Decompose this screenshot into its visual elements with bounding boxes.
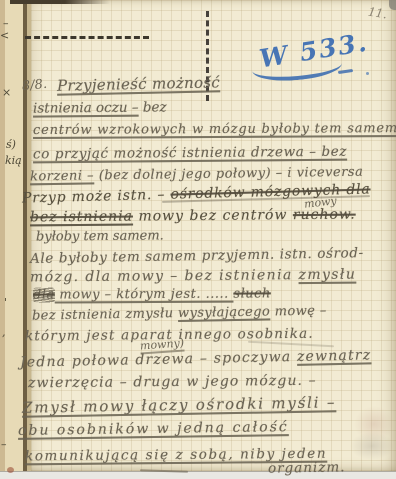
line-text: zwierzęcia – druga w jego mózgu. – (28, 373, 317, 392)
margin-mark: , (2, 326, 6, 339)
blue-dot (366, 72, 369, 75)
top-edge-shadow (10, 0, 110, 4)
struck-text: bez istnienia (30, 209, 133, 226)
manuscript-line: centrów wzrokowych w mózgu byłoby tem sa… (33, 121, 396, 138)
line-text: mowy – którym jest. ..... (55, 287, 234, 303)
line-text: bez (138, 99, 166, 115)
line-text: innego osobnika. (173, 326, 314, 343)
ink-bleed-ghost (350, 432, 394, 460)
manuscript-page: – < × ś) kią ' , – 11. W 533. 8/8. Przyj… (0, 0, 396, 479)
underlined-text: zewnątrz (297, 347, 372, 365)
manuscript-line: dla mowy – którym jest. ..... słuch (33, 286, 271, 302)
manuscript-line: byłoby tem samem. (36, 228, 164, 244)
scribbled-text: dla (33, 288, 55, 303)
page-number: 11. (367, 5, 388, 22)
margin-mark: ' (4, 296, 7, 309)
date-heading: 8/8. (21, 77, 47, 95)
line-text: Przyjenieść możność (57, 73, 220, 94)
line-text: mowę – (270, 303, 327, 319)
red-stain (7, 467, 14, 473)
underlined-text: wysyłającego (178, 304, 270, 321)
struck-text: ruchow. (293, 207, 356, 224)
line-text: co przyjąć możność istnienia drzewa – be… (33, 144, 347, 163)
top-right-corner-shadow (389, 0, 396, 10)
manuscript-line: Przyjenieść możność (57, 73, 220, 94)
margin-mark: kią (5, 154, 22, 167)
margin-mark: ś) (6, 138, 16, 151)
manuscript-line: organizm. (268, 459, 346, 476)
manuscript-line: mózg. dla mowy – bez istnienia zmysłu (30, 267, 356, 286)
line-text: byłoby tem samem. (36, 228, 164, 244)
margin-mark: – (1, 438, 7, 451)
line-text: organizm. (268, 459, 346, 476)
manuscript-line: zwierzęcia – druga w jego mózgu. – (28, 373, 317, 392)
line-text: istnienia oczu – (33, 100, 139, 117)
margin-mark: < (0, 29, 9, 42)
line-text: mózg. dla mowy – bez istnienia (30, 267, 299, 285)
line-text: bez istnienia zmysłu (32, 306, 178, 324)
dashed-horizontal-rule (25, 36, 149, 39)
manuscript-line: istnienia oczu – bez (33, 99, 167, 116)
struck-text: słuch (233, 286, 270, 301)
underlined-text: zmysłu (298, 267, 356, 284)
line-text: mowy bez centrów (133, 207, 293, 224)
line-text: centrów wzrokowych w mózgu byłoby tem sa… (33, 121, 396, 138)
margin-mark: × (2, 86, 11, 99)
line-text: korzeni – (30, 168, 94, 184)
manuscript-line: co przyjąć możność istnienia drzewa – be… (33, 144, 347, 163)
